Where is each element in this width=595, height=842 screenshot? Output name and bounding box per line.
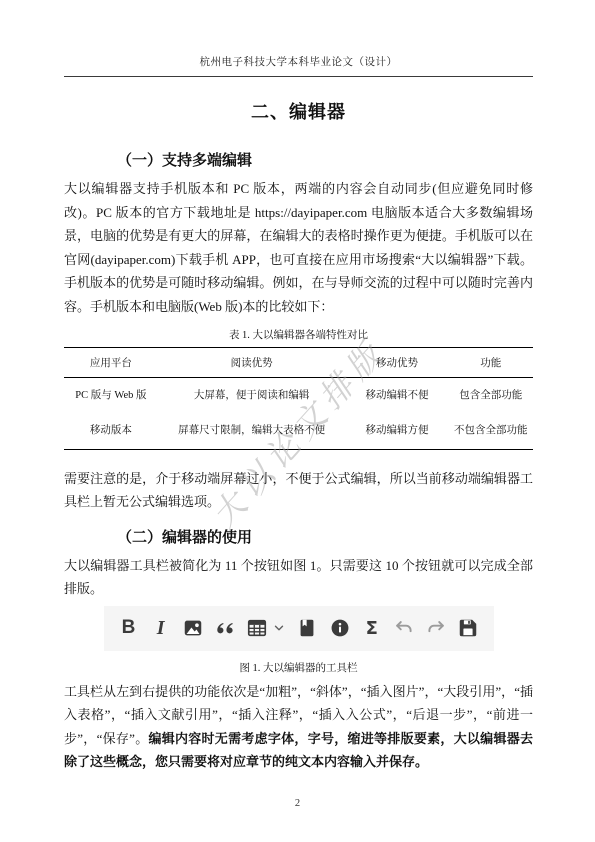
table-header-reading: 阅读优势: [158, 348, 346, 378]
redo-icon: [424, 616, 448, 640]
table-cell: 移动版本: [64, 413, 158, 449]
table-cell: 屏幕尺寸限制，编辑大表格不便: [158, 413, 346, 449]
section-heading-1: （一）支持多端编辑: [64, 149, 533, 170]
table-header-row: 应用平台 阅读优势 移动优势 功能: [64, 348, 533, 378]
table-cell: 包含全部功能: [449, 378, 533, 414]
insert-table-icon: [245, 616, 269, 640]
insert-table-button-group: [245, 616, 287, 640]
paragraph-formula-note: 需要注意的是，介于移动端屏幕过小，不便于公式编辑，所以当前移动端编辑器工具栏上暂…: [64, 467, 533, 514]
chevron-down-icon: [271, 616, 287, 640]
formula-sigma-icon: Σ: [360, 616, 384, 640]
table-cell: 大屏幕，便于阅读和编辑: [158, 378, 346, 414]
table-cell: 不包含全部功能: [449, 413, 533, 449]
editor-toolbar-figure: B I Σ: [104, 606, 494, 651]
table-header-platform: 应用平台: [64, 348, 158, 378]
save-icon: [456, 616, 480, 640]
table-header-function: 功能: [449, 348, 533, 378]
feature-comparison-table: 应用平台 阅读优势 移动优势 功能 PC 版与 Web 版 大屏幕，便于阅读和编…: [64, 347, 533, 450]
undo-icon: [392, 616, 416, 640]
insert-image-icon: [181, 616, 205, 640]
figure-caption: 图 1. 大以编辑器的工具栏: [64, 660, 533, 675]
bold-icon: B: [117, 616, 141, 640]
table-cell: PC 版与 Web 版: [64, 378, 158, 414]
italic-icon: I: [149, 616, 173, 640]
citation-book-icon: [295, 616, 319, 640]
footnote-info-icon: [328, 616, 352, 640]
blockquote-icon: [213, 616, 237, 640]
table-cell: 移动编辑方便: [345, 413, 448, 449]
table-cell: 移动编辑不便: [345, 378, 448, 414]
section-heading-2: （二）编辑器的使用: [64, 526, 533, 547]
chapter-title: 二、编辑器: [64, 98, 533, 124]
table-row: 移动版本 屏幕尺寸限制，编辑大表格不便 移动编辑方便 不包含全部功能: [64, 413, 533, 449]
table-header-mobility: 移动优势: [345, 348, 448, 378]
thesis-page: 杭州电子科技大学本科毕业论文（设计） 二、编辑器 （一）支持多端编辑 大以编辑器…: [0, 0, 595, 842]
paragraph-multi-device: 大以编辑器支持手机版本和 PC 版本，两端的内容会自动同步(但应避免同时修改)。…: [64, 177, 533, 318]
paragraph-toolbar-intro: 大以编辑器工具栏被简化为 11 个按钮如图 1。只需要这 10 个按钮就可以完成…: [64, 554, 533, 601]
running-header: 杭州电子科技大学本科毕业论文（设计）: [64, 54, 533, 77]
table-caption: 表 1. 大以编辑器各端特性对比: [64, 327, 533, 342]
paragraph-toolbar-functions: 工具栏从左到右提供的功能依次是“加粗”，“斜体”，“插入图片”，“大段引用”，“…: [64, 680, 533, 774]
page-number: 2: [0, 798, 595, 809]
table-row: PC 版与 Web 版 大屏幕，便于阅读和编辑 移动编辑不便 包含全部功能: [64, 378, 533, 414]
